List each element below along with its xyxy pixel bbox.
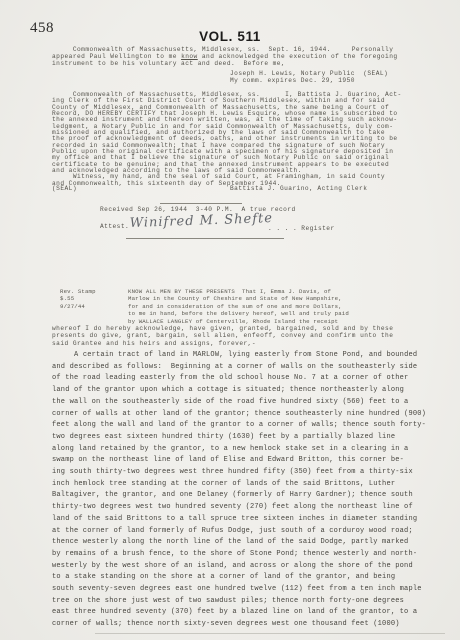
- seal-label: (SEAL): [52, 186, 77, 193]
- received-overline-rule: [160, 203, 242, 204]
- deed-opening-full: whereof I do hereby acknowledge, have gi…: [52, 325, 424, 347]
- deed-book-page: 458 VOL. 511 Commonwealth of Massachuset…: [0, 0, 460, 640]
- acknowledgment-paragraph: Commonwealth of Massachusetts, Middlesex…: [52, 47, 424, 68]
- notary-signature-block: Joseph H. Lewis, Notary Public (SEAL) My…: [230, 71, 430, 85]
- attest-label: Attest.: [100, 224, 129, 231]
- land-description: A certain tract of land in MARLOW, lying…: [52, 350, 432, 631]
- volume-title: VOL. 511: [0, 29, 460, 44]
- register-label: . . . . Register: [268, 226, 335, 233]
- clerk-signer-name: Battista J. Guarino, Acting Clerk: [230, 186, 367, 193]
- scan-artifact-line: [95, 633, 445, 634]
- deed-opening-indented: KNOW ALL MEN BY THESE PRESENTS That I, E…: [128, 288, 368, 325]
- signature-underline-rule: [126, 238, 284, 239]
- clerk-certificate-paragraph: Commonwealth of Massachusetts, Middlesex…: [52, 92, 424, 187]
- register-handwritten-signature: Winifred M. Shefte: [129, 211, 273, 231]
- revenue-stamp-note: Rev. Stamp $.55 9/27/44: [60, 288, 96, 310]
